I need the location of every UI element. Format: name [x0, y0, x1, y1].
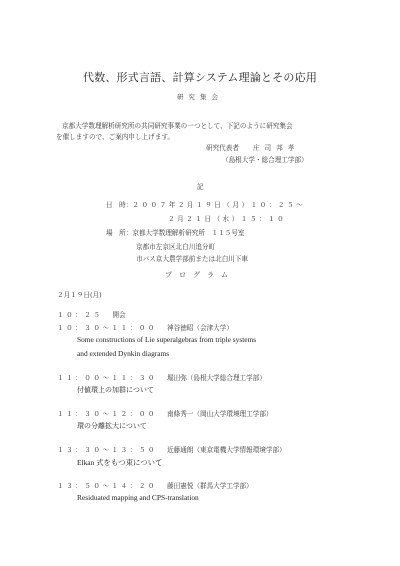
session-title-line: Elkan 式をもつ束について [77, 457, 162, 468]
place-line-3: 市バス京大農学部前または北白川下車 [136, 253, 248, 263]
session-row: １１：３０～１２：００南條秀一（岡山大学環境理工学部） [57, 408, 273, 418]
place-line-1: 場 所：京都大学数理解析研究所 １１５号室 [106, 227, 244, 237]
session-title-line: Residuated mapping and CPS-translation [77, 493, 199, 502]
session-title-line: 環の分離拡大について [77, 421, 147, 431]
document-title: 代数、形式言語、計算システム理論とその応用 [0, 69, 400, 85]
datetime-value-1: ２００７年２月１９日（月）１０：２５～ [132, 201, 305, 209]
session-time: １０：２５ [57, 311, 102, 319]
place-value-1: 京都大学数理解析研究所 １１５号室 [132, 229, 244, 237]
session-row: １０：２５開会 [57, 309, 126, 319]
document-subtitle: 研究集会 [0, 92, 400, 101]
session-title-line: Some constructions of Lie superalgebras … [77, 335, 256, 344]
session-speaker: 南條秀一（岡山大学環境理工学部） [167, 410, 273, 418]
session-speaker: 藤田憲悦（群馬大学工学部） [167, 482, 253, 490]
session-speaker: 神谷徳昭（会津大学） [167, 324, 233, 332]
datetime-label: 日 時： [106, 201, 132, 209]
ki-heading: 記 [197, 181, 204, 191]
program-heading: プログラム [0, 270, 400, 280]
program-day: ２月１９日(月) [57, 289, 102, 299]
representative-name: 庄司邦孝 [253, 144, 299, 152]
session-row: １０：３０～１１：００神谷徳昭（会津大学） [57, 322, 233, 332]
session-time: １３：５０～１４：２０ [57, 482, 157, 490]
datetime-line-2: ２月２１日（水）１５：１０ [168, 213, 286, 223]
representative: 研究代表者庄司邦孝 [206, 142, 299, 152]
representative-affiliation: （島根大学・総合理工学部） [222, 154, 308, 164]
session-title-line: and extended Dynkin diagrams [77, 349, 169, 358]
session-speaker: 堀田弥（島根大学総合理工学部） [167, 374, 266, 382]
representative-label: 研究代表者 [206, 144, 239, 152]
session-title-line: 付値環上の加群について [77, 385, 154, 395]
intro-line-1: 京都大学数理解析研究所の共同研究事業の一つとして、下記のように研究集会 [62, 120, 293, 130]
session-time: １３：３０～１３：５０ [57, 446, 157, 454]
session-speaker: 近藤通朗（東京電機大学情報環境学部） [167, 446, 286, 454]
session-row: １１：００～１１：３０堀田弥（島根大学総合理工学部） [57, 372, 266, 382]
session-speaker: 開会 [112, 311, 125, 319]
intro-line-2: を催しますので、ご案内申し上げます。 [56, 131, 174, 141]
place-line-2: 京都市左京区北白川追分町 [136, 241, 215, 251]
session-time: １０：３０～１１：００ [57, 324, 157, 332]
session-time: １１：００～１１：３０ [57, 374, 157, 382]
place-label: 場 所： [106, 229, 132, 237]
session-row: １３：３０～１３：５０近藤通朗（東京電機大学情報環境学部） [57, 444, 286, 454]
session-row: １３：５０～１４：２０藤田憲悦（群馬大学工学部） [57, 480, 253, 490]
datetime-line-1: 日 時：２００７年２月１９日（月）１０：２５～ [106, 199, 305, 209]
document-page: 代数、形式言語、計算システム理論とその応用 研究集会 京都大学数理解析研究所の共… [0, 0, 400, 566]
session-time: １１：３０～１２：００ [57, 410, 157, 418]
